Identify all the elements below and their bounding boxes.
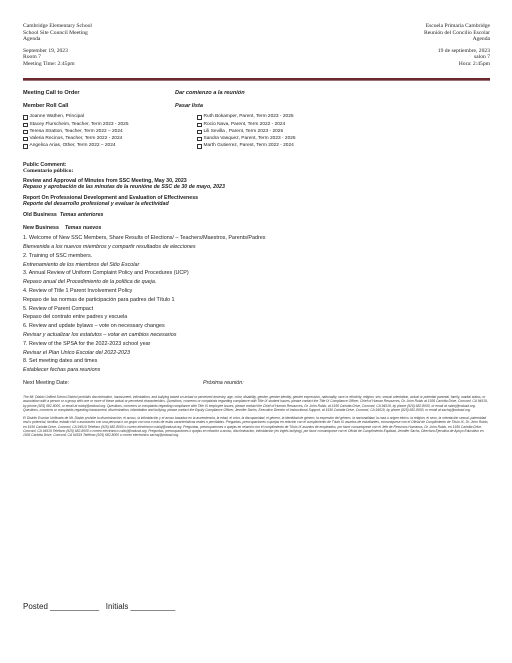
roll-item[interactable]: Teresa Stratton, Teacher, Term 2022 – 20… <box>23 128 129 135</box>
doc-type: Agenda <box>23 36 92 43</box>
agenda-item: 6. Review and update bylaws – vote on ne… <box>23 323 490 332</box>
agenda-item-translation: Repaso del contrato entre padres y escue… <box>23 314 490 323</box>
checkbox[interactable] <box>197 130 202 135</box>
roll-item[interactable]: Ruth Bokamper, Parent, Term 2023 - 2025 <box>197 114 296 121</box>
agenda-item-translation: Revisar y actualizar los estatutos – vot… <box>23 332 490 341</box>
old-business: Old Business Temas anteriores <box>23 212 490 218</box>
meeting-room-es: salon 7 <box>424 54 490 61</box>
agenda-item-translation: Entrenamiento de los miembros del Sitio … <box>23 262 490 271</box>
new-business-items: 1. Welcome of New SSC Members, Share Res… <box>23 235 490 376</box>
checkbox[interactable] <box>23 130 28 135</box>
prof-dev-es: Reporte del desarrollo profesional y eva… <box>23 201 490 207</box>
minutes-es: Repaso y aprobación de las minutas de la… <box>23 184 490 190</box>
call-to-order-en: Meeting Call to Order <box>23 90 80 96</box>
roll-item[interactable]: Joanne Wathen, Principal <box>23 114 129 121</box>
header-divider <box>23 78 490 81</box>
checkbox[interactable] <box>23 137 28 142</box>
roll-item[interactable]: Marth Gutierrez, Parent, Term 2022 - 202… <box>197 143 296 150</box>
meeting-name-es: Reunión del Concilio Escolar <box>424 30 490 37</box>
next-meeting: Next Meeting Date: Próxima reunión: <box>23 380 490 388</box>
roll-call-list: Joanne Wathen, Principal Stacey Flursche… <box>23 114 490 160</box>
checkbox[interactable] <box>23 123 28 128</box>
nondiscrimination-notice-es: El Distrito Escolar Unificado de Mt. Dia… <box>23 416 490 437</box>
agenda-item: 7. Review of the SPSA for the 2022-2023 … <box>23 341 490 350</box>
agenda-item-translation: Revisar el Plan Unico Escolar del 2022-2… <box>23 350 490 359</box>
roll-call-en: Member Roll Call <box>23 103 68 109</box>
agenda-item: 8. Set meeting dates and times <box>23 358 490 367</box>
posted-label: Posted ___________ <box>23 602 99 611</box>
meeting-name: School Site Council Meeting <box>23 30 92 37</box>
roll-item[interactable]: Stacey Flurscheim, Teacher, Term 2023 - … <box>23 121 129 128</box>
next-meeting-es: Próxima reunión: <box>203 380 244 386</box>
meeting-time-es: Hora: 2:45pm <box>424 61 490 68</box>
agenda-item: 4. Review of Title 1 Parent Involvement … <box>23 288 490 297</box>
meeting-time: Meeting Time: 2:45pm <box>23 61 92 68</box>
minutes-review: Review and Approval of Minutes from SSC … <box>23 178 490 191</box>
roll-item[interactable]: Rocio Nava, Parent, Term 2022 - 2024 <box>197 121 296 128</box>
old-business-en: Old Business <box>23 212 57 218</box>
prof-dev-report: Report On Professional Development and E… <box>23 195 490 208</box>
agenda-item: 3. Annual Review of Uniform Complaint Po… <box>23 270 490 279</box>
checkbox[interactable] <box>23 144 28 149</box>
checkbox[interactable] <box>197 123 202 128</box>
roll-call-es: Pasar lista <box>175 103 203 109</box>
roll-call-heading: Member Roll Call Pasar lista <box>23 103 490 110</box>
roll-item[interactable]: Sandra Vasquez, Parent, Term 2023 - 2025 <box>197 136 296 143</box>
agenda-item-translation: Repaso anual del Procedimiento de la pol… <box>23 279 490 288</box>
agenda-item-translation: Repaso de las normas de participación pa… <box>23 297 490 306</box>
roll-item[interactable]: Valeria Recinos, Teacher, Term 2022 - 20… <box>23 136 129 143</box>
roll-column-parents: Ruth Bokamper, Parent, Term 2023 - 2025 … <box>197 114 296 150</box>
agenda-body: Meeting Call to Order Dar comienzo a la … <box>23 90 490 438</box>
roll-column-staff: Joanne Wathen, Principal Stacey Flursche… <box>23 114 129 150</box>
next-meeting-en: Next Meeting Date: <box>23 380 69 386</box>
meeting-date: September 19, 2023 <box>23 48 92 55</box>
meeting-room: Room 7 <box>23 54 92 61</box>
meeting-date-es: 19 de septiembre, 2023 <box>424 48 490 55</box>
nondiscrimination-notice-en: The Mt. Diablo Unified School District p… <box>23 395 490 412</box>
header-english: Cambridge Elementary School School Site … <box>23 23 92 68</box>
school-name-es: Escuela Primaria Cambridge <box>424 23 490 30</box>
agenda-item: 2. Training of SSC members. <box>23 253 490 262</box>
call-to-order-es: Dar comienzo a la reunión <box>175 90 245 96</box>
agenda-item-translation: Establecer fechas para reunions <box>23 367 490 376</box>
old-business-es: Temas anteriores <box>60 212 104 218</box>
checkbox[interactable] <box>197 137 202 142</box>
school-name: Cambridge Elementary School <box>23 23 92 30</box>
checkbox[interactable] <box>197 115 202 120</box>
roll-item[interactable]: Angelica Arias, Other, Term 2022 – 2024 <box>23 143 129 150</box>
agenda-item: 1. Welcome of New SSC Members, Share Res… <box>23 235 490 244</box>
doc-type-es: Agenda <box>424 36 490 43</box>
header-spanish: Escuela Primaria Cambridge Reunión del C… <box>424 23 490 68</box>
roll-item[interactable]: Lili Sevilla , Parent, Term 2023 - 2025 <box>197 128 296 135</box>
public-comment-es: Comentario público: <box>23 168 490 174</box>
agenda-item-translation: Bienvenida a los nuevos miembros y compa… <box>23 244 490 253</box>
checkbox[interactable] <box>197 144 202 149</box>
initials-label: Initials __________ <box>106 602 175 611</box>
posted-line: Posted ___________ Initials __________ <box>23 602 175 611</box>
new-business-en: New Business <box>23 225 59 231</box>
call-to-order: Meeting Call to Order Dar comienzo a la … <box>23 90 490 97</box>
public-comment: Public Comment: Comentario público: <box>23 162 490 175</box>
agenda-item: 5. Review of Parent Compact <box>23 306 490 315</box>
new-business-es: Temas nuevos <box>65 225 102 231</box>
checkbox[interactable] <box>23 115 28 120</box>
new-business: New Business Temas nuevos <box>23 225 490 231</box>
